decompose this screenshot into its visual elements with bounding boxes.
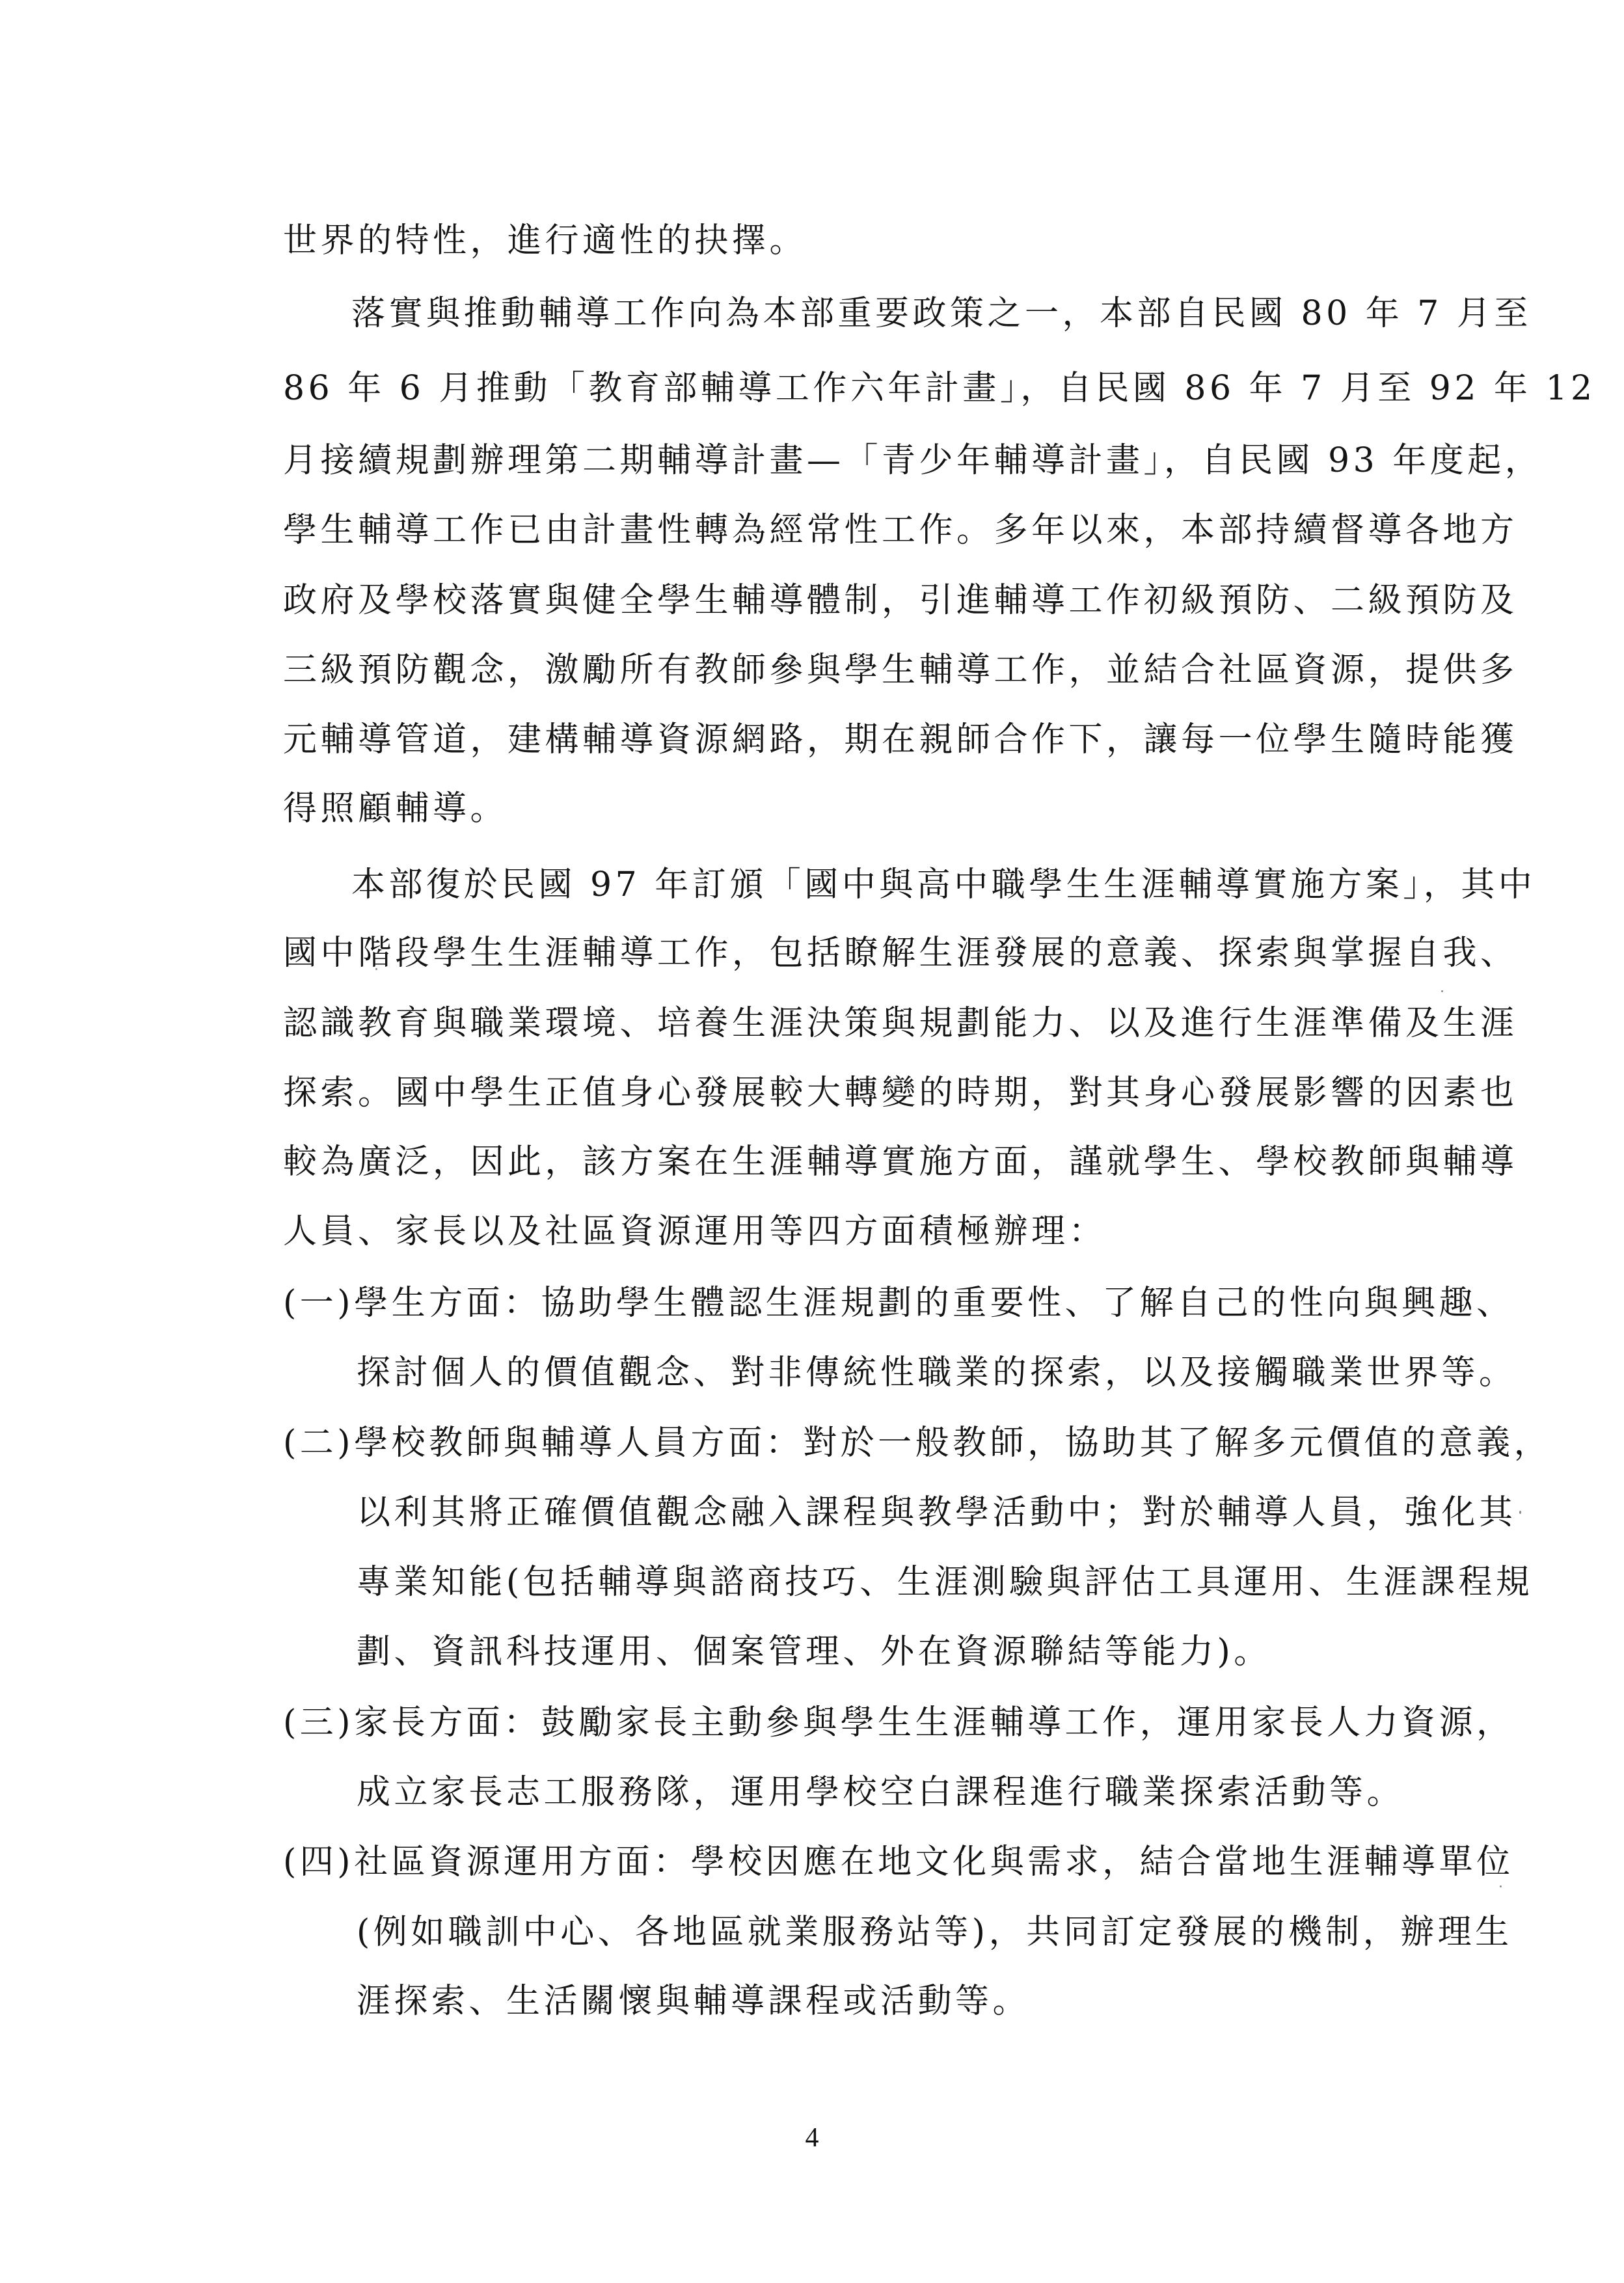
list-item-continuation: (例如職訓中心、各地區就業服務站等)，共同訂定發展的機制，辦理生	[357, 1910, 1350, 1955]
list-item-first-line: (三)家長方面：鼓勵家長主動參與學生生涯輔導工作，運用家長人力資源，	[283, 1700, 1350, 1746]
text-line: 月接續規劃辦理第二期輔導計畫—「青少年輔導計畫」，自民國 93 年度起，	[283, 438, 1350, 483]
paragraph-first-line: 落實與推動輔導工作向為本部重要政策之一，本部自民國 80 年 7 月至	[351, 291, 1350, 336]
text-line: 人員、家長以及社區資源運用等四方面積極辦理：	[283, 1209, 1350, 1254]
text-line: 較為廣泛，因此，該方案在生涯輔導實施方面，謹就學生、學校教師與輔導	[283, 1139, 1350, 1185]
list-item-continuation: 劃、資訊科技運用、個案管理、外在資源聯結等能力)。	[357, 1629, 1350, 1675]
text-line: 學生輔導工作已由計畫性轉為經常性工作。多年以來，本部持續督導各地方	[283, 507, 1350, 553]
scan-speck	[375, 968, 377, 970]
document-page: 世界的特性，進行適性的抉擇。 落實與推動輔導工作向為本部重要政策之一，本部自民國…	[0, 0, 1624, 2283]
text-line: 三級預防觀念，激勵所有教師參與學生輔導工作，並結合社區資源，提供多	[283, 647, 1350, 693]
text-line: 世界的特性，進行適性的抉擇。	[283, 218, 1350, 263]
list-item-first-line: (四)社區資源運用方面：學校因應在地文化與需求，結合當地生涯輔導單位	[283, 1839, 1350, 1885]
scan-speck	[1441, 990, 1443, 992]
scan-speck	[1500, 1885, 1502, 1887]
list-item-continuation: 涯探索、生活關懷與輔導課程或活動等。	[357, 1979, 1350, 2024]
list-item-continuation: 探討個人的價值觀念、對非傳統性職業的探索，以及接觸職業世界等。	[357, 1350, 1350, 1396]
text-line: 國中階段學生生涯輔導工作，包括瞭解生涯發展的意義、探索與掌握自我、	[283, 930, 1350, 976]
text-line: 得照顧輔導。	[283, 786, 1350, 831]
list-item-continuation: 成立家長志工服務隊，運用學校空白課程進行職業探索活動等。	[357, 1770, 1350, 1815]
list-item-continuation: 專業知能(包括輔導與諮商技巧、生涯測驗與評估工具運用、生涯課程規	[357, 1560, 1350, 1605]
paragraph-first-line: 本部復於民國 97 年訂頒「國中與高中職學生生涯輔導實施方案」，其中	[351, 862, 1350, 908]
list-item-continuation: 以利其將正確價值觀念融入課程與教學活動中；對於輔導人員，強化其	[357, 1490, 1350, 1535]
text-line: 認識教育與職業環境、培養生涯決策與規劃能力、以及進行生涯準備及生涯	[283, 1001, 1350, 1046]
list-item-first-line: (二)學校教師與輔導人員方面：對於一般教師，協助其了解多元價值的意義，	[283, 1420, 1350, 1466]
text-line: 探索。國中學生正值身心發展較大轉變的時期，對其身心發展影響的因素也	[283, 1070, 1350, 1116]
list-item-first-line: (一)學生方面：協助學生體認生涯規劃的重要性、了解自己的性向與興趣、	[283, 1280, 1350, 1326]
page-number: 4	[792, 2122, 832, 2154]
scan-speck	[1519, 1511, 1521, 1514]
text-line: 86 年 6 月推動「教育部輔導工作六年計畫」，自民國 86 年 7 月至 92…	[283, 366, 1350, 411]
text-line: 政府及學校落實與健全學生輔導體制，引進輔導工作初級預防、二級預防及	[283, 578, 1350, 623]
text-line: 元輔導管道，建構輔導資源網路，期在親師合作下，讓每一位學生隨時能獲	[283, 717, 1350, 763]
